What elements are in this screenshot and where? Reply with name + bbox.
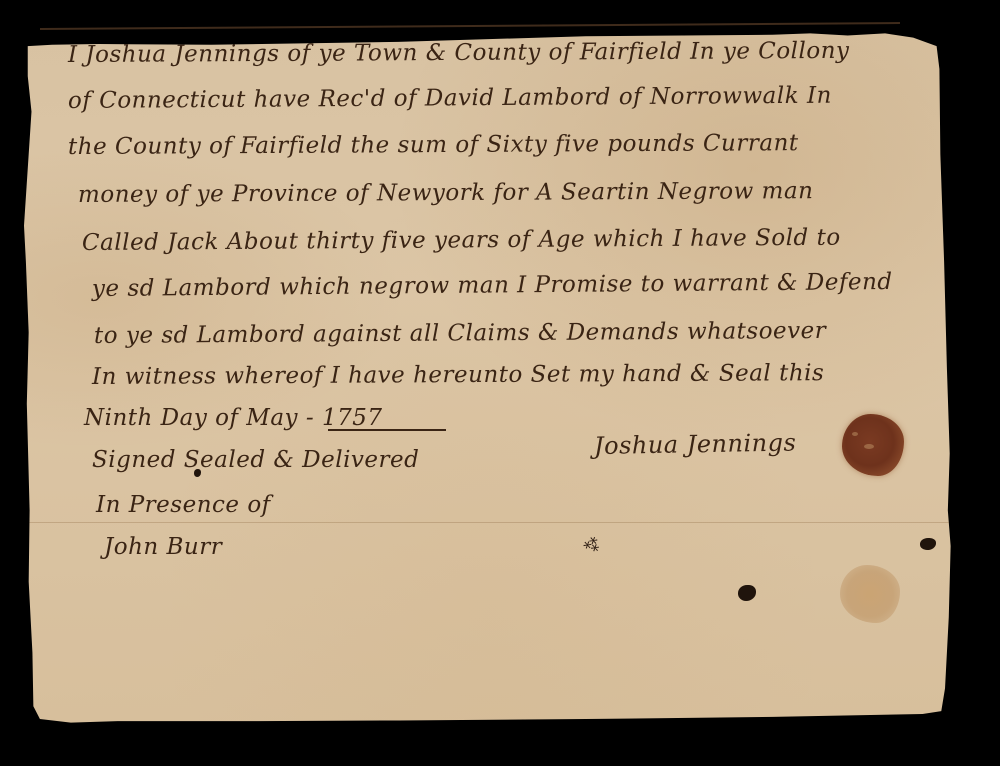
witness-name: John Burr	[104, 534, 222, 560]
paper-fold-line	[24, 522, 960, 523]
text-line-7: to ye sd Lambord against all Claims & De…	[94, 318, 826, 349]
attestation-signed-sealed: Signed Sealed & Delivered	[92, 447, 419, 473]
text-line-4: money of ye Province of Newyork for A Se…	[78, 178, 814, 208]
text-line-1: I Joshua Jennings of ye Town & County of…	[68, 38, 850, 68]
seal-highlight	[852, 432, 858, 436]
date-underline	[328, 429, 446, 431]
date-line: Ninth Day of May - 1757	[84, 405, 382, 431]
text-line-2: of Connecticut have Rec'd of David Lambo…	[68, 83, 832, 114]
seal-highlight	[864, 444, 874, 449]
attestation-in-presence: In Presence of	[96, 492, 271, 518]
text-line-3: the County of Fairfield the sum of Sixty…	[68, 130, 799, 160]
viewer-stage: I Joshua Jennings of ye Town & County of…	[0, 0, 1000, 766]
wax-seal	[842, 414, 904, 476]
top-ruled-line	[40, 22, 900, 30]
text-line-5: Called Jack About thirty five years of A…	[82, 225, 841, 256]
text-line-8: In witness whereof I have hereunto Set m…	[92, 360, 824, 390]
signature-joshua-jennings: Joshua Jennings	[594, 428, 797, 460]
